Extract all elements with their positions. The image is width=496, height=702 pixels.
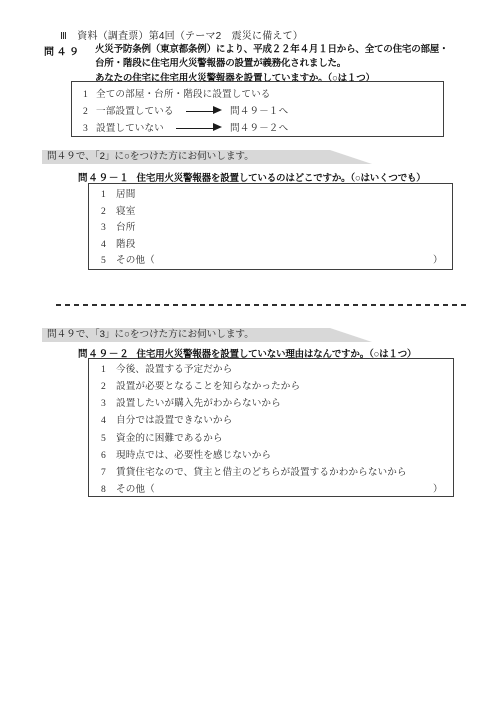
option-text: 現時点では、必要性を感じないから	[116, 450, 271, 461]
q49-1-option-1: 1居間	[101, 187, 452, 204]
q49-option-2: 2一部設置している 問４９－１へ	[83, 103, 443, 120]
option-text: 階段	[116, 239, 135, 250]
option-text: 全ての部屋・台所・階段に設置している	[96, 89, 271, 100]
option-text: 寝室	[116, 206, 135, 217]
option-number: 3	[101, 220, 116, 237]
answer-box-q49: 1全ての部屋・台所・階段に設置している 2一部設置している 問４９－１へ 3設置…	[71, 81, 444, 137]
option-number: 1	[101, 187, 116, 204]
option-text: 自分では設置できないから	[116, 415, 232, 426]
q49-2-option-8-other: 8その他（）	[101, 481, 453, 498]
q49-1-option-2: 2寝室	[101, 204, 452, 221]
goto-label: 問４９－２へ	[230, 120, 288, 137]
option-text: 設置したいが購入先がわからないから	[116, 398, 281, 409]
option-number: 8	[101, 481, 116, 498]
q49-2-option-3: 3設置したいが購入先がわからないから	[101, 395, 453, 412]
question-49-line1: 火災予防条例（東京都条例）により、平成２２年４月１日から、全ての住宅の部屋・	[95, 43, 448, 57]
flow-arrow-icon	[176, 128, 213, 129]
goto-label: 問４９－１へ	[230, 103, 288, 120]
option-number: 2	[101, 378, 116, 395]
question-49-line2: 台所・階段に住宅用火災警報器の設置が義務化されました。	[95, 57, 448, 71]
q49-option-1: 1全ての部屋・台所・階段に設置している	[83, 86, 443, 103]
option-text: 資金的に困難であるから	[116, 433, 223, 444]
q49-option-3: 3設置していない 問４９－２へ	[83, 120, 443, 137]
q49-2-option-6: 6現時点では、必要性を感じないから	[101, 447, 453, 464]
option-number: 4	[101, 412, 116, 429]
option-text: 設置していない	[96, 123, 164, 134]
option-number: 4	[101, 237, 116, 254]
question-49-1-title: 問４９－１住宅用火災警報器を設置しているのはどこですか。（○はいくつでも）	[78, 170, 431, 184]
q49-1-option-5-other: 5その他（）	[101, 253, 452, 270]
q49-2-option-1: 1今後、設置する予定だから	[101, 361, 453, 378]
section-banner-q49-2: 問４９で、「3」に○をつけた方にお伺いします。	[42, 328, 372, 342]
q49-2-option-7: 7賃貸住宅なので、貸主と借主のどちらが設置するかわからないから	[101, 464, 453, 481]
option-text: その他（	[116, 484, 155, 495]
option-number: 2	[101, 204, 116, 221]
option-number: 6	[101, 447, 116, 464]
option-text: 賃貸住宅なので、貸主と借主のどちらが設置するかわからないから	[116, 467, 407, 478]
banner-text: 問４９で、「2」に○をつけた方にお伺いします。	[47, 151, 254, 162]
option-number: 2	[83, 103, 96, 120]
other-blank-close-paren: ）	[433, 481, 443, 498]
other-blank-close-paren: ）	[433, 253, 443, 270]
q49-2-option-4: 4自分では設置できないから	[101, 412, 453, 429]
option-text: その他（	[116, 255, 155, 266]
answer-box-q49-2: 1今後、設置する予定だから 2設置が必要となることを知らなかったから 3設置した…	[88, 358, 454, 497]
option-number: 5	[101, 430, 116, 447]
q49-1-option-3: 3台所	[101, 220, 452, 237]
answer-box-q49-1: 1居間 2寝室 3台所 4階段 5その他（）	[88, 183, 453, 270]
option-number: 1	[101, 361, 116, 378]
q49-2-option-5: 5資金的に困難であるから	[101, 430, 453, 447]
option-number: 1	[83, 86, 96, 103]
flow-arrow-icon	[186, 111, 213, 112]
banner-text: 問４９で、「3」に○をつけた方にお伺いします。	[47, 329, 254, 340]
option-text: 一部設置している	[96, 106, 174, 117]
question-49-text: 火災予防条例（東京都条例）により、平成２２年４月１日から、全ての住宅の部屋・ 台…	[95, 43, 448, 86]
question-49-number: 問４９	[44, 43, 82, 58]
option-number: 7	[101, 464, 116, 481]
option-text: 台所	[116, 222, 135, 233]
option-number: 3	[83, 120, 96, 137]
dashed-separator	[56, 304, 470, 306]
option-text: 設置が必要となることを知らなかったから	[116, 381, 300, 392]
document-header: Ⅲ 資料（調査票）第4回（テーマ2 震災に備えて）	[60, 27, 303, 42]
section-banner-q49-1: 問４９で、「2」に○をつけた方にお伺いします。	[42, 150, 372, 164]
survey-page: Ⅲ 資料（調査票）第4回（テーマ2 震災に備えて） 問４９ 火災予防条例（東京都…	[0, 0, 496, 702]
option-number: 3	[101, 395, 116, 412]
option-number: 5	[101, 253, 116, 270]
q49-2-option-2: 2設置が必要となることを知らなかったから	[101, 378, 453, 395]
option-text: 居間	[116, 189, 135, 200]
option-text: 今後、設置する予定だから	[116, 364, 232, 375]
q49-1-option-4: 4階段	[101, 237, 452, 254]
